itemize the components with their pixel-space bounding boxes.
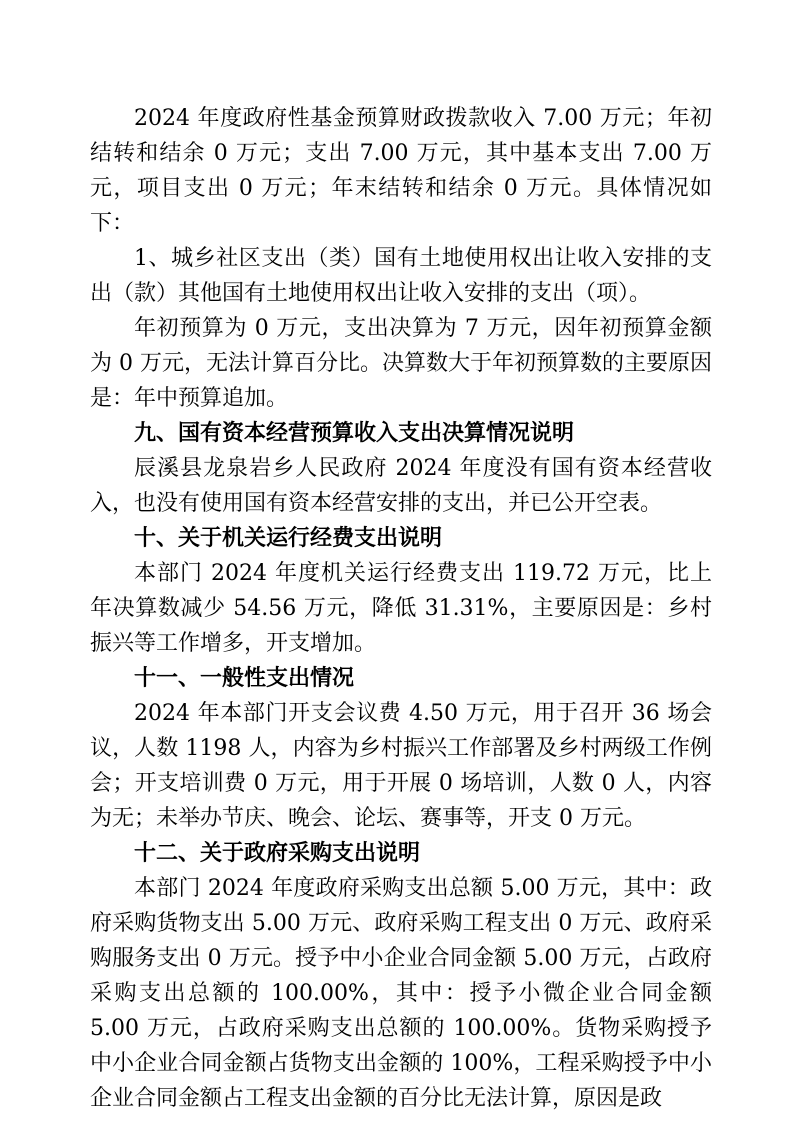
section-heading-9-state-capital-operation: 九、国有资本经营预算收入支出决算情况说明: [90, 416, 712, 451]
section-heading-12-government-procurement: 十二、关于政府采购支出说明: [90, 836, 712, 871]
document-page: 2024 年度政府性基金预算财政拨款收入 7.00 万元；年初结转和结余 0 万…: [0, 0, 793, 1122]
paragraph-budget-vs-final-accounts: 年初预算为 0 万元，支出决算为 7 万元，因年初预算金额为 0 万元，无法计算…: [90, 311, 712, 416]
section-heading-11-general-expenditure: 十一、一般性支出情况: [90, 661, 712, 696]
paragraph-general-expenditure: 2024 年本部门开支会议费 4.50 万元，用于召开 36 场会议，人数 11…: [90, 696, 712, 836]
document-body: 2024 年度政府性基金预算财政拨款收入 7.00 万元；年初结转和结余 0 万…: [90, 101, 712, 1116]
paragraph-urban-rural-community-expenditure: 1、城乡社区支出（类）国有土地使用权出让收入安排的支出（款）其他国有土地使用权出…: [90, 241, 712, 311]
paragraph-government-procurement: 本部门 2024 年度政府采购支出总额 5.00 万元，其中：政府采购货物支出 …: [90, 871, 712, 1116]
paragraph-state-capital-operation: 辰溪县龙泉岩乡人民政府 2024 年度没有国有资本经营收入，也没有使用国有资本经…: [90, 451, 712, 521]
section-heading-10-agency-operating-expense: 十、关于机关运行经费支出说明: [90, 521, 712, 556]
paragraph-agency-operating-expense: 本部门 2024 年度机关运行经费支出 119.72 万元，比上年决算数减少 5…: [90, 556, 712, 661]
paragraph-gov-fund-budget-summary: 2024 年度政府性基金预算财政拨款收入 7.00 万元；年初结转和结余 0 万…: [90, 101, 712, 241]
